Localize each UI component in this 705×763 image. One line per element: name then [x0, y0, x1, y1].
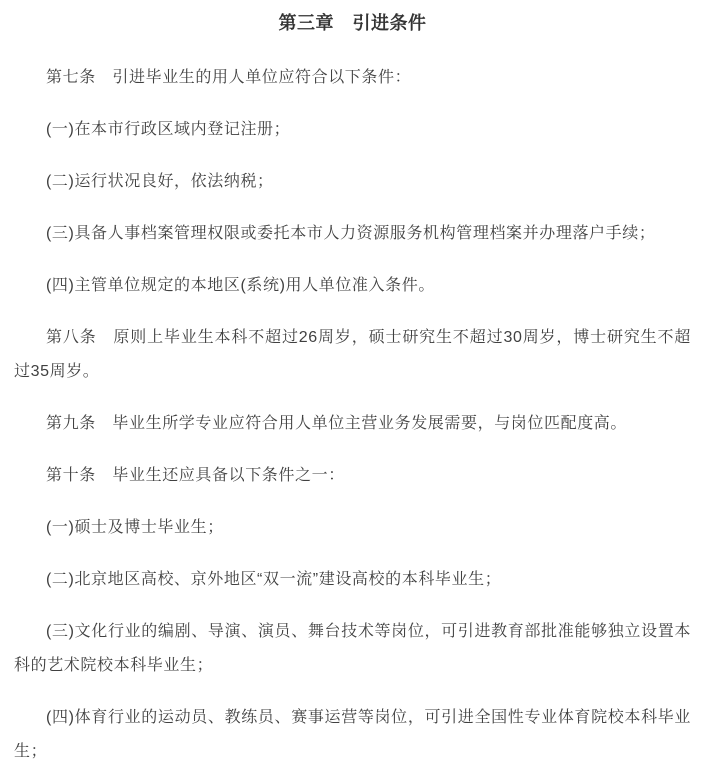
document-page: 第三章 引进条件 第七条 引进毕业生的用人单位应符合以下条件： (一)在本市行政… [0, 0, 705, 763]
paragraph-article-7-item-1: (一)在本市行政区域内登记注册； [14, 113, 691, 147]
paragraph-article-7-item-4: (四)主管单位规定的本地区(系统)用人单位准入条件。 [14, 269, 691, 303]
paragraph-article-7: 第七条 引进毕业生的用人单位应符合以下条件： [14, 61, 691, 95]
paragraph-article-10: 第十条 毕业生还应具备以下条件之一： [14, 459, 691, 493]
paragraph-article-10-item-2: (二)北京地区高校、京外地区“双一流”建设高校的本科毕业生； [14, 563, 691, 597]
paragraph-article-10-item-3: (三)文化行业的编剧、导演、演员、舞台技术等岗位，可引进教育部批准能够独立设置本… [14, 615, 691, 683]
paragraph-article-10-item-4: (四)体育行业的运动员、教练员、赛事运营等岗位，可引进全国性专业体育院校本科毕业… [14, 701, 691, 763]
paragraph-article-8: 第八条 原则上毕业生本科不超过26周岁，硕士研究生不超过30周岁，博士研究生不超… [14, 321, 691, 389]
paragraph-article-10-item-1: (一)硕士及博士毕业生； [14, 511, 691, 545]
paragraph-article-7-item-3: (三)具备人事档案管理权限或委托本市人力资源服务机构管理档案并办理落户手续； [14, 217, 691, 251]
paragraph-article-9: 第九条 毕业生所学专业应符合用人单位主营业务发展需要，与岗位匹配度高。 [14, 407, 691, 441]
chapter-title: 第三章 引进条件 [14, 8, 691, 38]
paragraph-article-7-item-2: (二)运行状况良好，依法纳税； [14, 165, 691, 199]
